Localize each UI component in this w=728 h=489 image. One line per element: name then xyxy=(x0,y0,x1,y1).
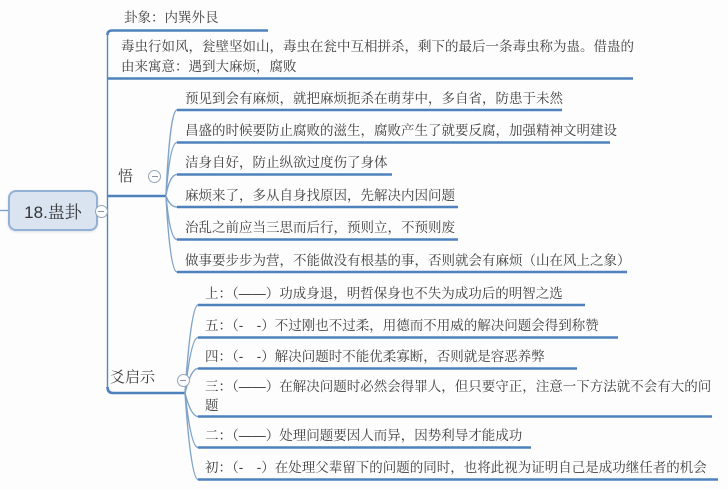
wu-item-6[interactable]: 做事要步步为营，不能做没有根基的事，否则就会有麻烦（山在风上之象） xyxy=(185,251,631,270)
yao-item-3[interactable]: 四：（- -）解决问题时不能优柔寡断，否则就是容恶养弊 xyxy=(205,347,545,366)
yao-item-1[interactable]: 上：（——）功成身退，明哲保身也不失为成功后的明智之选 xyxy=(205,284,563,303)
yao-item-5[interactable]: 二：（——）处理问题要因人而异，因势利导才能成功 xyxy=(205,426,522,445)
branch-yao-label[interactable]: 爻启示 xyxy=(110,368,155,388)
wu-item-2[interactable]: 昌盛的时候要防止腐败的滋生，腐败产生了就要反腐，加强精神文明建设 xyxy=(185,121,617,140)
root-node-label: 18.蛊卦 xyxy=(24,198,82,223)
wu-item-5[interactable]: 治乱之前应当三思而后行，预则立，不预则废 xyxy=(185,218,455,237)
yao-item-4[interactable]: 三：（——）在解决问题时必然会得罪人，但只要守正，注意一下方法就不会有大的问 题 xyxy=(205,377,720,415)
root-collapse-button[interactable] xyxy=(95,205,108,218)
branch-yuanyi-node[interactable]: 毒虫行如风，瓮壁坚如山，毒虫在瓮中互相拼杀，剩下的最后一条毒虫称为蛊。借蛊的 由… xyxy=(121,37,646,77)
branch-guaxiang-node[interactable]: 卦象：内巽外艮 xyxy=(124,8,219,27)
yao-collapse-button[interactable] xyxy=(177,374,190,387)
minus-icon xyxy=(98,211,104,213)
mindmap-canvas: 18.蛊卦 卦象：内巽外艮 毒虫行如风，瓮壁坚如山，毒虫在瓮中互相拼杀，剩下的最… xyxy=(0,0,728,489)
minus-icon xyxy=(152,176,158,178)
branch-guaxiang-underline xyxy=(108,31,269,36)
wu-collapse-button[interactable] xyxy=(148,170,161,183)
wu-item-1[interactable]: 预见到会有麻烦，就把麻烦扼杀在萌芽中，多自省，防患于未然 xyxy=(185,89,563,108)
minus-icon xyxy=(180,380,186,382)
wu-fan-curve-4 xyxy=(166,196,177,207)
branch-wu-label[interactable]: 悟 xyxy=(118,167,133,187)
root-node[interactable]: 18.蛊卦 xyxy=(8,190,98,231)
yao-item-6[interactable]: 初：（- -）在处理父辈留下的问题的同时，也将此视为证明自己是成功继任者的机会 xyxy=(205,458,707,477)
yao-item-2[interactable]: 五：（- -）不过刚也不过柔，用德而不用威的解决问题会得到称赞 xyxy=(205,316,599,335)
wu-item-3[interactable]: 洁身自好，防止纵欲过度伤了身体 xyxy=(185,153,388,172)
wu-item-4[interactable]: 麻烦来了，多从自身找原因，先解决内因问题 xyxy=(185,186,455,205)
